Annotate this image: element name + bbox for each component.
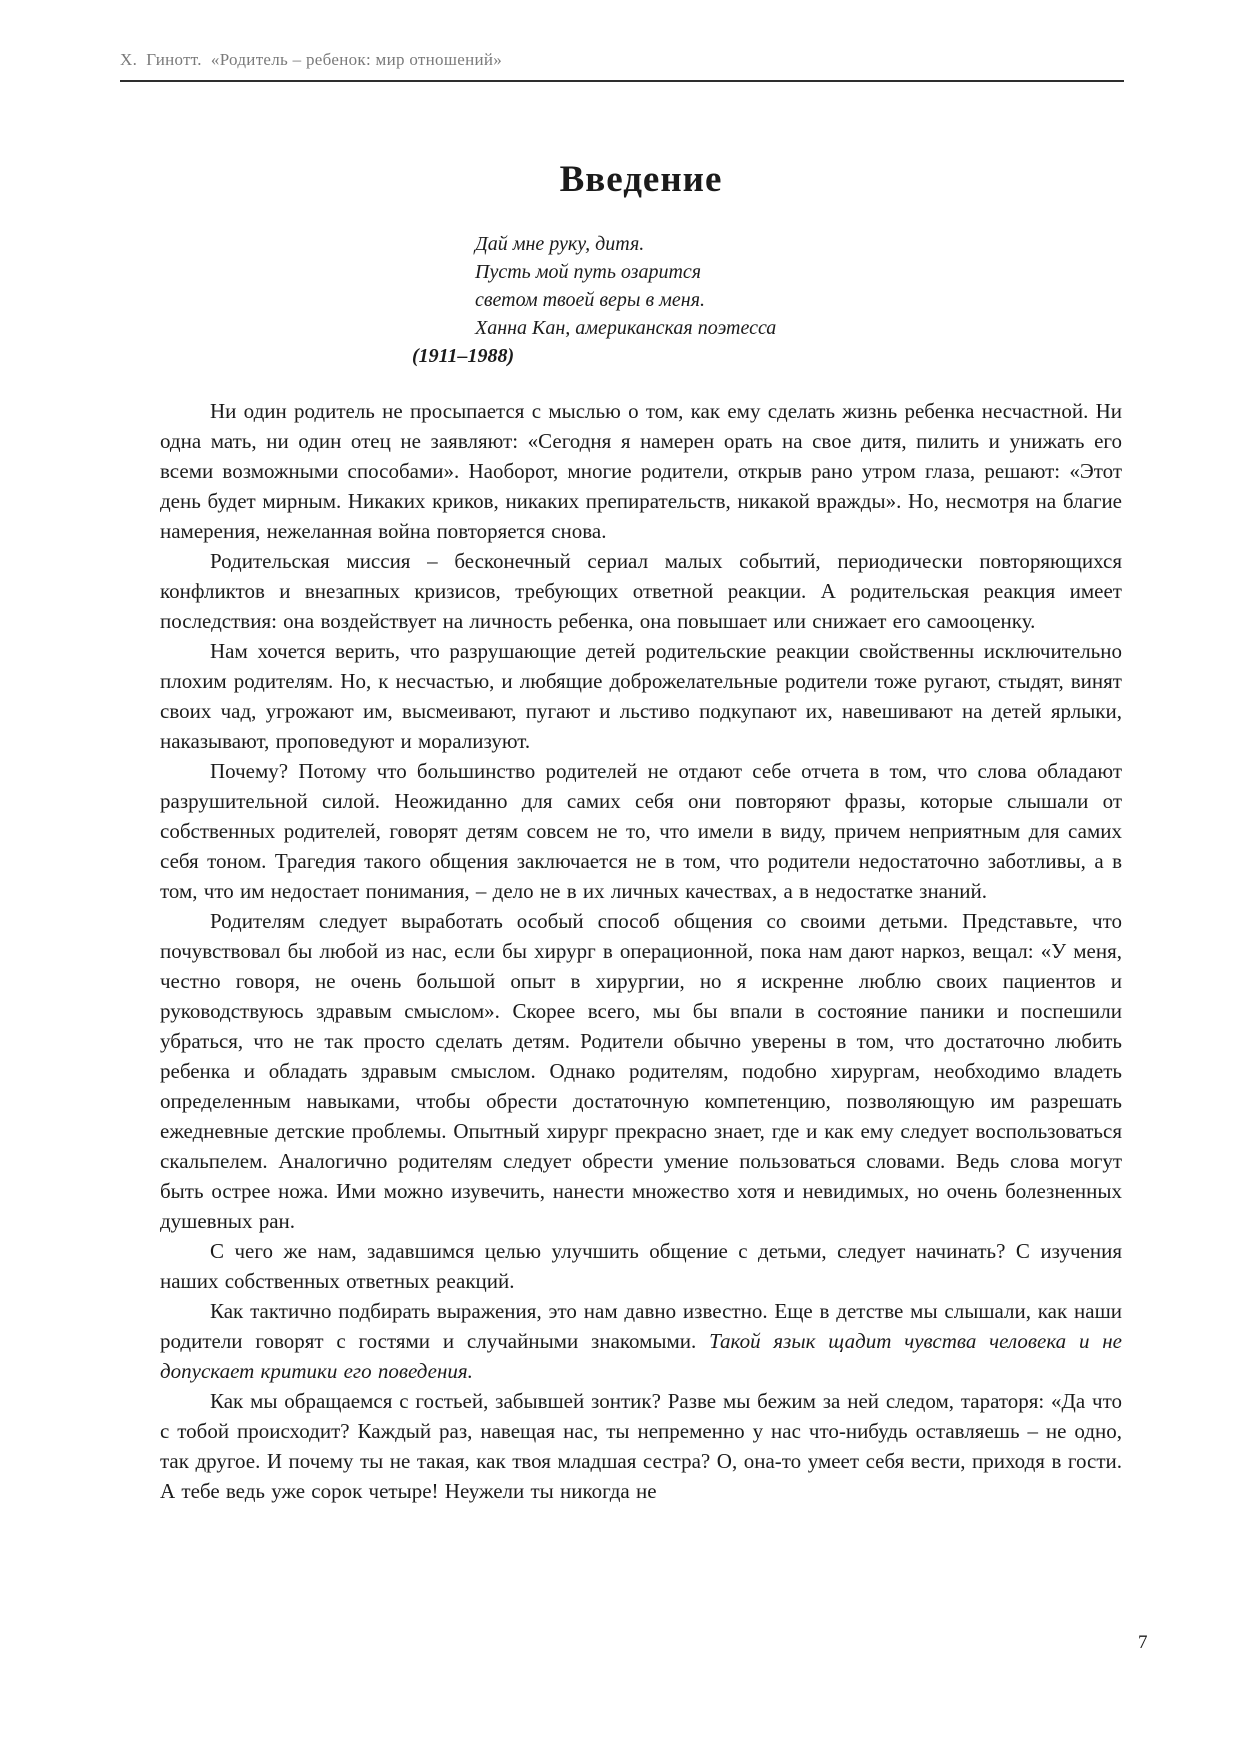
paragraph-text: Родителям следует выработать особый спос… (160, 909, 1122, 1233)
epigraph: Дай мне руку, дитя. Пусть мой путь озари… (475, 230, 1122, 342)
page-title: Введение (160, 158, 1122, 202)
epigraph-line: Пусть мой путь озарится (475, 258, 1122, 286)
body-text: Ни один родитель не просыпается с мыслью… (160, 396, 1122, 1506)
paragraph-4: Почему? Потому что большинство родителей… (160, 756, 1122, 906)
page-number: 7 (1138, 1632, 1148, 1654)
book-page: Х. Гинотт. «Родитель – ребенок: мир отно… (0, 0, 1240, 1754)
paragraph-text: Родительская миссия – бесконечный сериал… (160, 549, 1122, 633)
paragraph-text: С чего же нам, задавшимся целью улучшить… (160, 1239, 1122, 1293)
paragraph-3: Нам хочется верить, что разрушающие дете… (160, 636, 1122, 756)
paragraph-8: Как мы обращаемся с гостьей, забывшей зо… (160, 1386, 1122, 1506)
epigraph-dates: (1911–1988) (412, 342, 1122, 370)
paragraph-text: Почему? Потому что большинство родителей… (160, 759, 1122, 903)
header-divider (120, 80, 1124, 82)
epigraph-line: Дай мне руку, дитя. (475, 230, 1122, 258)
paragraph-1: Ни один родитель не просыпается с мыслью… (160, 396, 1122, 546)
paragraph-7: Как тактично подбирать выражения, это на… (160, 1296, 1122, 1386)
paragraph-text: Нам хочется верить, что разрушающие дете… (160, 639, 1122, 753)
paragraph-text: Как мы обращаемся с гостьей, забывшей зо… (160, 1389, 1122, 1503)
paragraph-5: Родителям следует выработать особый спос… (160, 906, 1122, 1236)
paragraph-text: Ни один родитель не просыпается с мыслью… (160, 399, 1122, 543)
paragraph-6: С чего же нам, задавшимся целью улучшить… (160, 1236, 1122, 1296)
page-content: Введение Дай мне руку, дитя. Пусть мой п… (160, 140, 1122, 1506)
running-head: Х. Гинотт. «Родитель – ребенок: мир отно… (120, 50, 502, 70)
epigraph-line: светом твоей веры в меня. (475, 286, 1122, 314)
epigraph-attribution: Ханна Кан, американская поэтесса (475, 314, 1122, 342)
paragraph-2: Родительская миссия – бесконечный сериал… (160, 546, 1122, 636)
